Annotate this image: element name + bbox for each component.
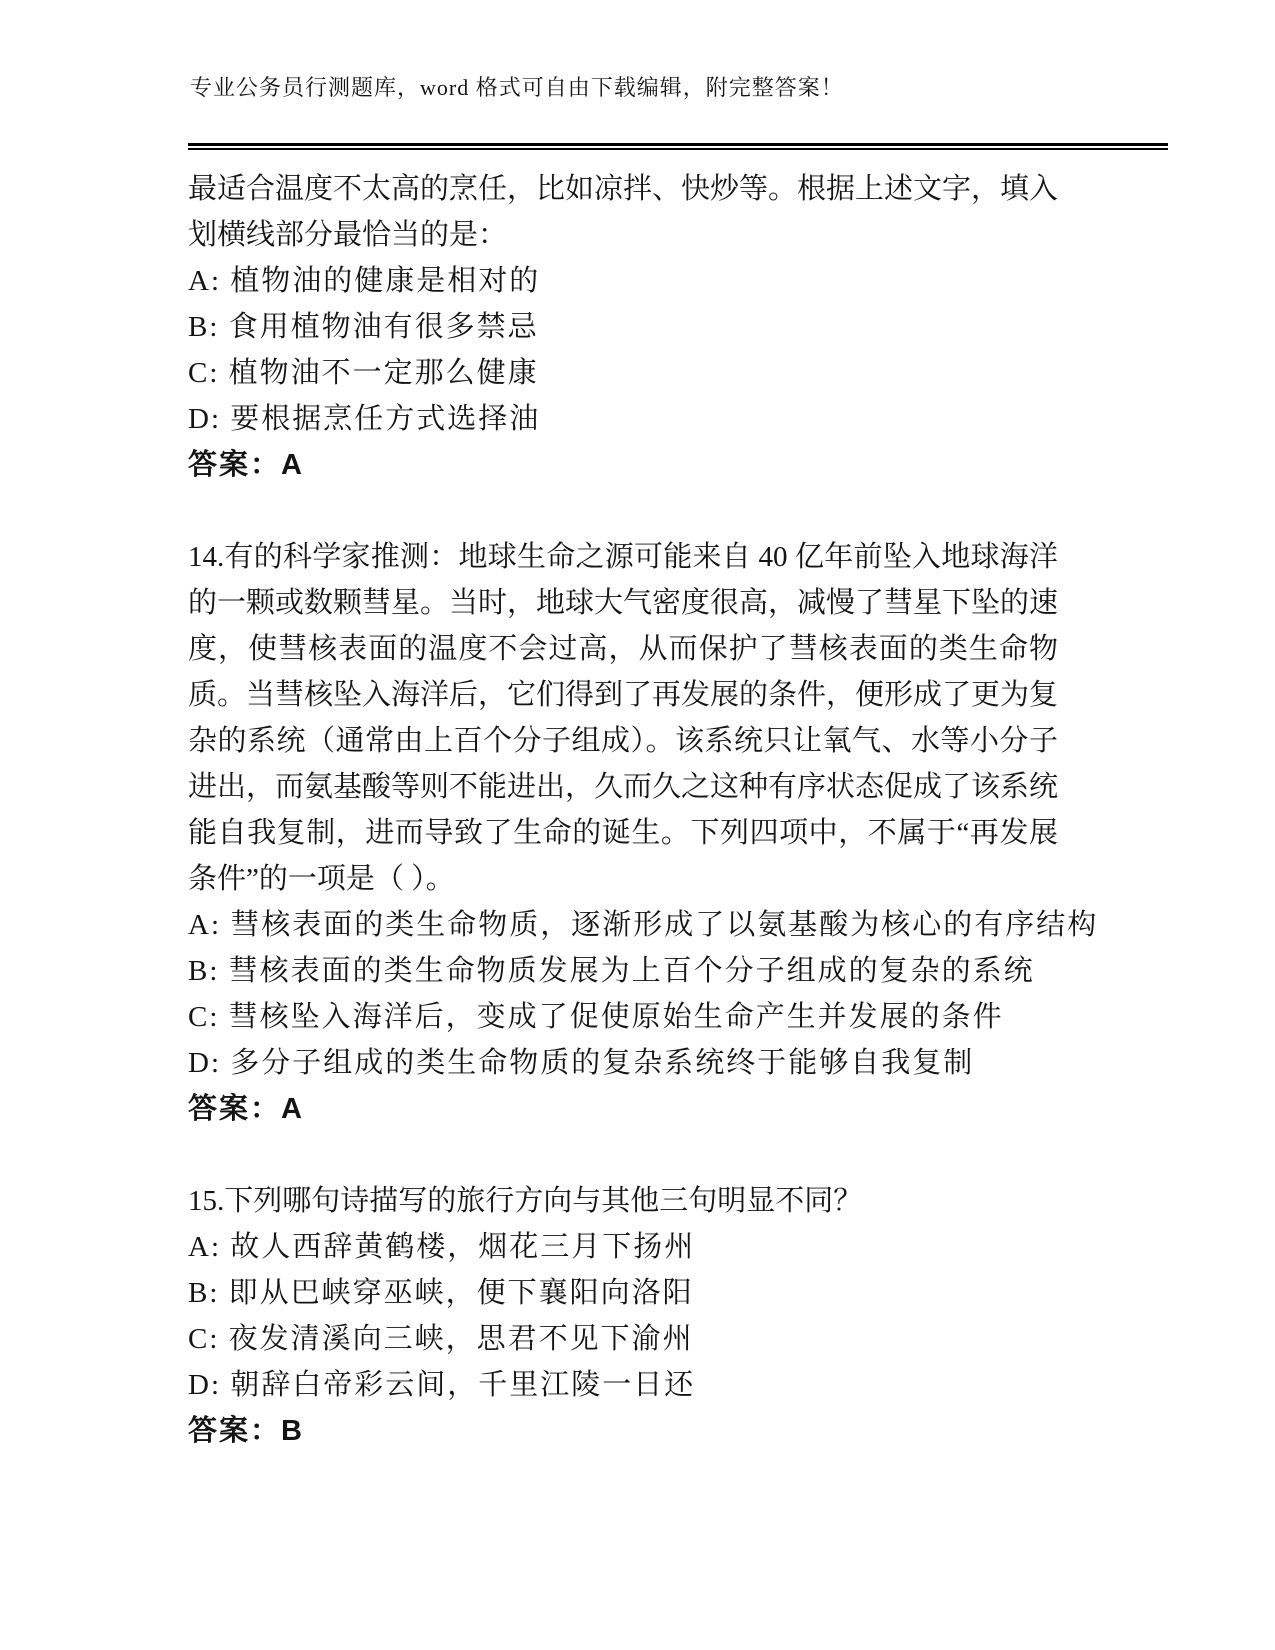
- answer-label: 答案：: [188, 1415, 281, 1447]
- option-b: B: 即从巴峡穿巫峡，便下襄阳向洛阳: [188, 1270, 1058, 1316]
- answer-label: 答案：: [188, 1093, 281, 1125]
- document-content: 最适合温度不太高的烹任，比如凉拌、快炒等。根据上述文字，填入划横线部分最恰当的是…: [188, 166, 1058, 1500]
- option-a: A: 故人西辞黄鹤楼，烟花三月下扬州: [188, 1224, 1058, 1270]
- header-rule-thick-line: [188, 143, 1168, 146]
- answer-line: 答案：A: [188, 442, 1058, 488]
- option-d: D: 多分子组成的类生命物质的复杂系统终于能够自我复制: [188, 1040, 1058, 1086]
- question-block-13-continuation: 最适合温度不太高的烹任，比如凉拌、快炒等。根据上述文字，填入划横线部分最恰当的是…: [188, 166, 1058, 488]
- option-c: C: 植物油不一定那么健康: [188, 350, 1058, 396]
- header-rule: [188, 143, 1168, 150]
- option-d: D: 要根据烹任方式选择油: [188, 396, 1058, 442]
- option-b: B: 食用植物油有很多禁忌: [188, 304, 1058, 350]
- question-stem: 14.有的科学家推测：地球生命之源可能来自 40 亿年前坠入地球海洋的一颗或数颗…: [188, 534, 1058, 902]
- answer-line: 答案：A: [188, 1086, 1058, 1132]
- answer-line: 答案：B: [188, 1408, 1058, 1454]
- question-stem: 15.下列哪句诗描写的旅行方向与其他三句明显不同？: [188, 1178, 1058, 1224]
- option-c: C: 夜发清溪向三峡，思君不见下渝州: [188, 1316, 1058, 1362]
- answer-value: A: [281, 1093, 304, 1125]
- question-stem-text: 最适合温度不太高的烹任，比如凉拌、快炒等。根据上述文字，填入划横线部分最恰当的是…: [188, 173, 1058, 251]
- option-a: A: 植物油的健康是相对的: [188, 258, 1058, 304]
- question-number: 14.: [188, 541, 224, 573]
- answer-value: A: [281, 449, 304, 481]
- question-block-14: 14.有的科学家推测：地球生命之源可能来自 40 亿年前坠入地球海洋的一颗或数颗…: [188, 534, 1058, 1132]
- answer-label: 答案：: [188, 449, 281, 481]
- option-a: A: 彗核表面的类生命物质，逐渐形成了以氨基酸为核心的有序结构: [188, 902, 1058, 948]
- question-stem-text: 下列哪句诗描写的旅行方向与其他三句明显不同？: [224, 1185, 862, 1217]
- header-title: 专业公务员行测题库，word 格式可自由下载编辑，附完整答案！: [190, 74, 844, 102]
- answer-value: B: [281, 1415, 304, 1447]
- option-b: B: 彗核表面的类生命物质发展为上百个分子组成的复杂的系统: [188, 948, 1058, 994]
- question-stem: 最适合温度不太高的烹任，比如凉拌、快炒等。根据上述文字，填入划横线部分最恰当的是…: [188, 166, 1058, 258]
- question-number: 15.: [188, 1185, 224, 1217]
- option-c: C: 彗核坠入海洋后，变成了促使原始生命产生并发展的条件: [188, 994, 1058, 1040]
- option-d: D: 朝辞白帝彩云间，千里江陵一日还: [188, 1362, 1058, 1408]
- header-rule-thin-line: [188, 148, 1168, 150]
- question-block-15: 15.下列哪句诗描写的旅行方向与其他三句明显不同？ A: 故人西辞黄鹤楼，烟花三…: [188, 1178, 1058, 1454]
- question-stem-text: 有的科学家推测：地球生命之源可能来自 40 亿年前坠入地球海洋的一颗或数颗彗星。…: [188, 541, 1058, 895]
